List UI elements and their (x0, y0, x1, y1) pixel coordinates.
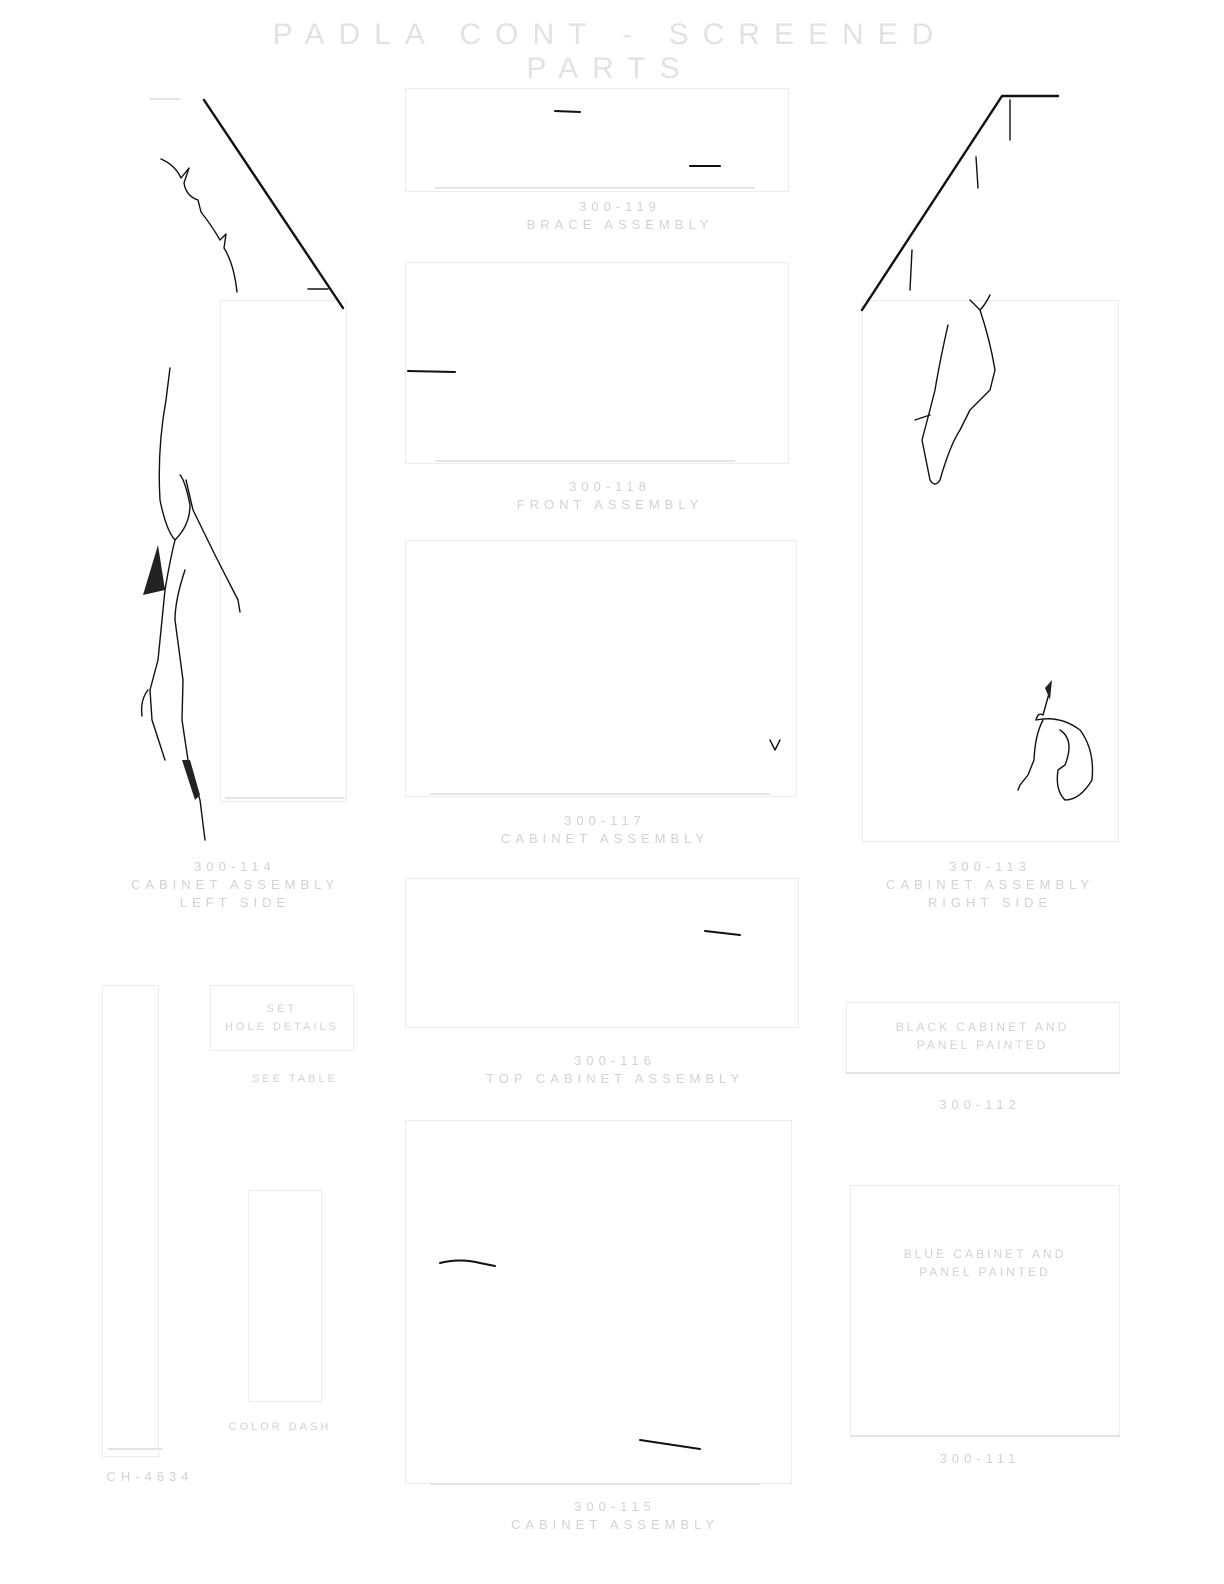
left-figure-outline (159, 368, 190, 540)
right-diagonal-line (862, 96, 1058, 310)
crack-mark-top-left (161, 159, 237, 292)
line-art-layer (0, 0, 1224, 1584)
right-fish-outline (922, 295, 995, 484)
left-figure-fin (143, 545, 165, 595)
left-diagonal-line (204, 100, 343, 308)
right-hook-outline (1036, 690, 1093, 800)
